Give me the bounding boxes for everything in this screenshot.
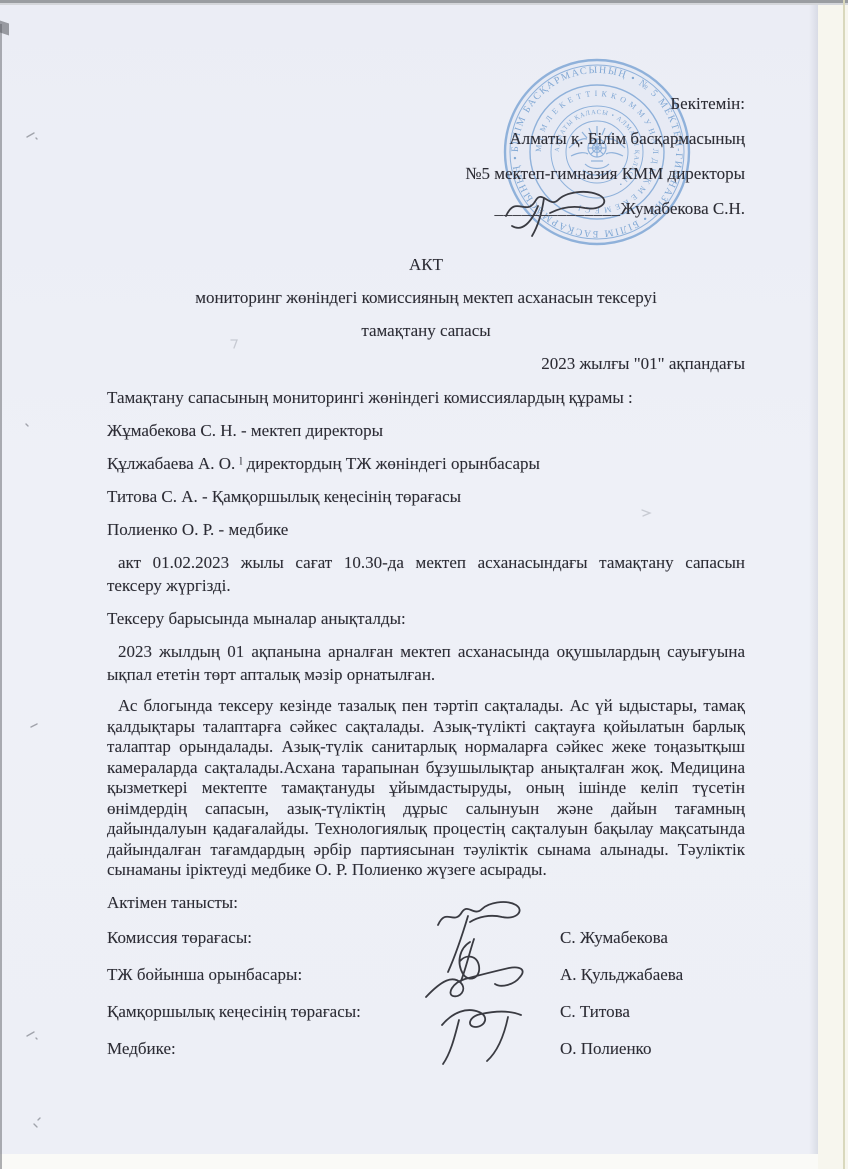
approval-signer-name: Жумабекова С.Н. <box>621 199 745 218</box>
approval-line-2: Алматы қ. Білім басқармасының <box>107 121 745 156</box>
approval-sign-line: ______________Жумабекова С.Н. <box>107 191 745 226</box>
signature-row-label: Комиссия төрағасы: <box>107 928 252 947</box>
act-date-line: 2023 жылғы "01" ақпандағы <box>107 352 745 375</box>
page-left-edge <box>0 24 2 1169</box>
act-subtitle-2: тамақтану сапасы <box>107 319 745 342</box>
page-right-shadow <box>809 0 818 1169</box>
scanner-right-line <box>843 0 845 1169</box>
signature-row: Қамқоршылық кеңесінің төрағасы: С. Титов… <box>107 1000 745 1037</box>
signature-row-name: А. Қульджабаева <box>560 963 683 986</box>
body-paragraph: 2023 жылдың 01 ақпанына арналған мектеп … <box>107 640 745 686</box>
approval-line-3: №5 мектеп-гимназия КММ директоры <box>107 156 745 191</box>
commission-member: Полиенко О. Р. - медбике <box>107 518 745 541</box>
commission-member: Титова С. А. - Қамқоршылық кеңесінің төр… <box>107 485 745 508</box>
title-block: АКТ мониторинг жөніндегі комиссияның мек… <box>107 253 745 375</box>
body-paragraph: акт 01.02.2023 жылы сағат 10.30-да мекте… <box>107 551 745 597</box>
commission-composition-heading: Тамақтану сапасының мониторингі жөніндег… <box>107 386 745 409</box>
signature-row: ТЖ бойынша орынбасары: А. Қульджабаева <box>107 963 745 1000</box>
scanner-bottom-margin <box>0 1154 818 1169</box>
signature-row: Комиссия төрағасы: С. Жумабекова <box>107 926 745 963</box>
signature-row-name: О. Полиенко <box>560 1037 651 1060</box>
signature-row-label: ТЖ бойынша орынбасары: <box>107 965 302 984</box>
commission-member: Жұмабекова С. Н. - мектеп директоры <box>107 419 745 442</box>
signature-row-name: С. Титова <box>560 1000 630 1023</box>
signature-row-label: Қамқоршылық кеңесінің төрағасы: <box>107 1002 361 1021</box>
body-paragraph: Ас блогында тексеру кезінде тазалық пен … <box>107 696 745 881</box>
commission-member: Құлжабаева А. О. ˡ директордың ТЖ жөнінд… <box>107 452 745 475</box>
signature-line: ______________ <box>495 199 621 218</box>
document-content: Бекітемін: Алматы қ. Білім басқармасының… <box>107 86 745 1074</box>
approval-line-1: Бекітемін: <box>107 86 745 121</box>
scanner-top-edge-soft <box>0 3 848 5</box>
act-subtitle-1: мониторинг жөніндегі комиссияның мектеп … <box>107 286 745 309</box>
act-heading: АКТ <box>107 253 745 276</box>
signature-row: Медбике: О. Полиенко <box>107 1037 745 1074</box>
body-paragraph: Тексеру барысында мыналар анықталды: <box>107 607 745 630</box>
scanned-act-document: БІЛІМ БАСҚАРМАСЫНЫҢ • № 5 МЕКТЕП-ГИМНАЗИ… <box>0 0 848 1169</box>
approval-block: Бекітемін: Алматы қ. Білім басқармасының… <box>107 86 745 226</box>
signature-row-name: С. Жумабекова <box>560 926 668 949</box>
acquainted-heading: Актімен танысты: <box>107 891 745 914</box>
signature-row-label: Медбике: <box>107 1039 176 1058</box>
